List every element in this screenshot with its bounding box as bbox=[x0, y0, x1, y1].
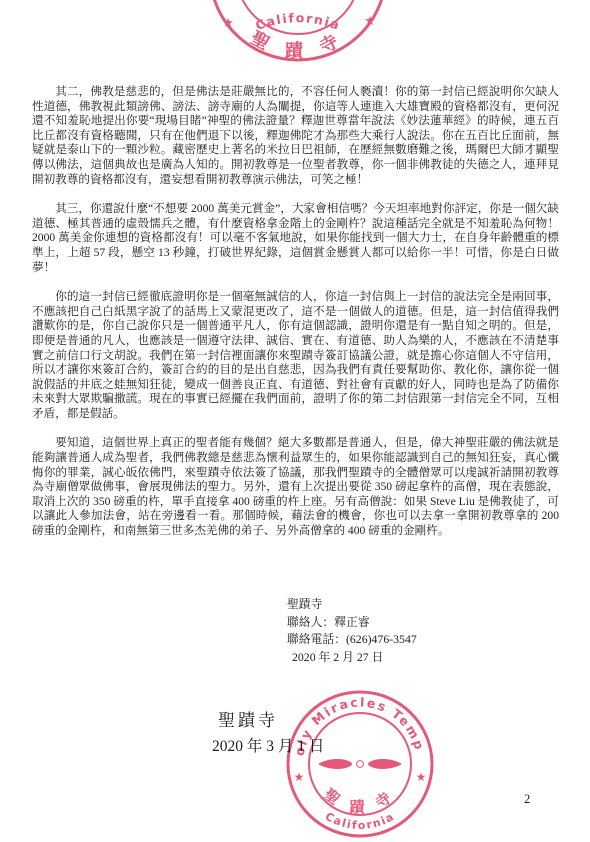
star-icon: ★ bbox=[294, 770, 305, 784]
letter-page: { "page": { "number": "2" }, "letter": {… bbox=[0, 0, 590, 842]
footer-temple-name: 聖蹟寺 bbox=[218, 706, 278, 731]
letter-body: 其二，佛教是慈悲的，但是佛法是莊嚴無比的，不容任何人褻瀆！你的第一封信已經說明你… bbox=[32, 85, 559, 554]
signature-temple-name: 聖蹟寺 bbox=[287, 596, 417, 614]
page-number: 2 bbox=[524, 792, 530, 807]
signature-block: 聖蹟寺 聯絡人：釋正睿 聯絡電話：(626)476-3547 2020 年 2 … bbox=[287, 596, 417, 666]
star-icon: ★ bbox=[364, 14, 376, 29]
paragraph: 其二，佛教是慈悲的，但是佛法是莊嚴無比的，不容任何人褻瀆！你的第一封信已經說明你… bbox=[32, 85, 559, 187]
paragraph: 你的這一封信已經徹底證明你是一個毫無誠信的人，你這一封信與上一封信的說法完全是兩… bbox=[32, 290, 559, 421]
star-icon: ★ bbox=[416, 770, 427, 784]
paragraph: 要知道，這個世界上真正的聖者能有幾個？絕大多數都是普通人，但是，偉大神聖莊嚴的佛… bbox=[32, 436, 559, 538]
temple-stamp-bottom: Holy Miracles Temple California 聖 蹟 寺 ★ … bbox=[280, 684, 440, 842]
stamp-region-label: California bbox=[253, 10, 342, 33]
svg-text:California: California bbox=[253, 10, 342, 33]
star-icon: ★ bbox=[222, 16, 234, 31]
svg-text:聖 蹟 寺: 聖 蹟 寺 bbox=[247, 27, 348, 61]
signature-date: 2020 年 2 月 27 日 bbox=[287, 649, 417, 667]
signature-contact: 聯絡人：釋正睿 bbox=[287, 614, 417, 632]
stamp-temple-name-zh: 聖 蹟 寺 bbox=[247, 27, 348, 61]
paragraph: 其三，你還說什麼“不想要 2000 萬美元賞金”，大家會相信嗎？今天坦率地對你評… bbox=[32, 202, 559, 275]
vajra-icon bbox=[318, 759, 402, 769]
signature-phone: 聯絡電話：(626)476-3547 bbox=[287, 631, 417, 649]
